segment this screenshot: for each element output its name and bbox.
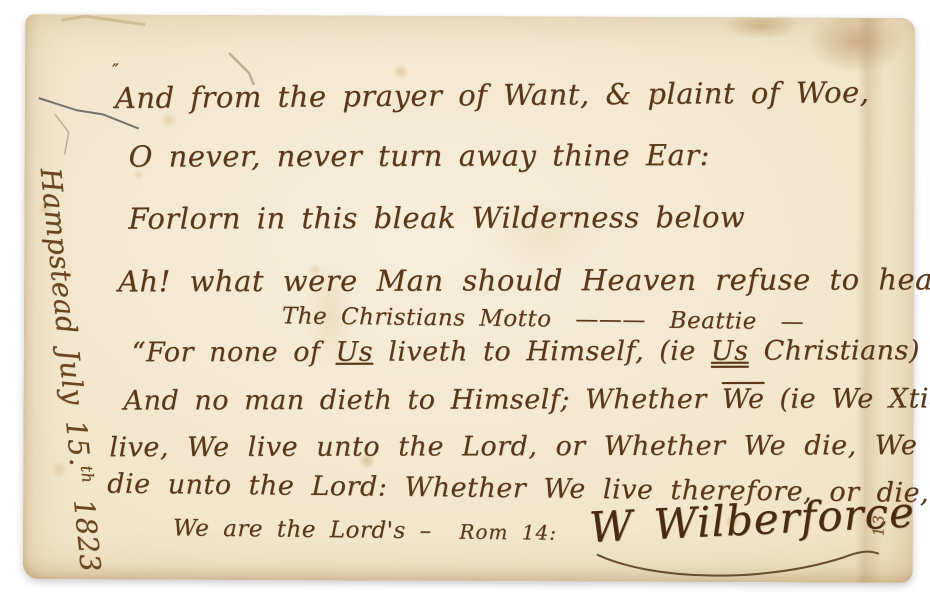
poem-line-3: Forlorn in this bleak Wilderness below [128,200,745,236]
poem-line-1: And from the prayer of Want, & plaint of… [115,75,870,115]
scripture-line-1: “For none of Us liveth to Himself, (ie U… [132,335,920,368]
manuscript-paper: ″ And from the prayer of Want, & plaint … [23,14,915,583]
motto-end-dash: — [770,309,814,335]
scripture-line-1-pre: “For none of [132,337,336,369]
poem-line-2: O never, never turn away thine Ear: [129,138,710,174]
dateline-year: 1823 [66,482,108,574]
motto-title: The Christians Motto [282,303,552,332]
motto-line: The Christians Motto ——— Beattie — [282,303,814,335]
scripture-line-3: live, We live unto the Lord, or Whether … [109,430,917,463]
scripture-citation: Rom 14: [459,520,557,545]
motto-dash: ——— [565,307,656,334]
scripture-line-2-pre: And no man dieth to Himself; Whether [124,384,722,417]
dateline-place-day: Hampstead July 15. [34,166,97,468]
underlined-word-us: Us [335,337,373,368]
scripture-line-1-post: Christians) [748,335,919,366]
opening-quote-mark: ″ [112,60,119,81]
closing-phrase: We are the Lord's – [173,515,432,544]
motto-attribution: Beattie [669,308,756,335]
dateline-vertical: Hampstead July 15.th 1823 [34,166,108,573]
scripture-line-2: And no man dieth to Himself; Whether We … [124,383,930,416]
poem-line-4: Ah! what were Man should Heaven refuse t… [118,262,930,298]
dateline-ordinal: th [77,465,98,485]
overlined-word-we: We [722,384,765,415]
photograph-background: ″ And from the prayer of Want, & plaint … [0,0,930,600]
corner-page-number: 13 [870,513,888,536]
scripture-line-2-post: (ie We Xtians) [764,383,930,415]
double-underlined-word-us: Us [711,336,749,367]
scripture-line-1-mid: liveth to Himself, (ie [373,336,711,368]
scripture-line-5: We are the Lord's – Rom 14: [173,515,557,545]
